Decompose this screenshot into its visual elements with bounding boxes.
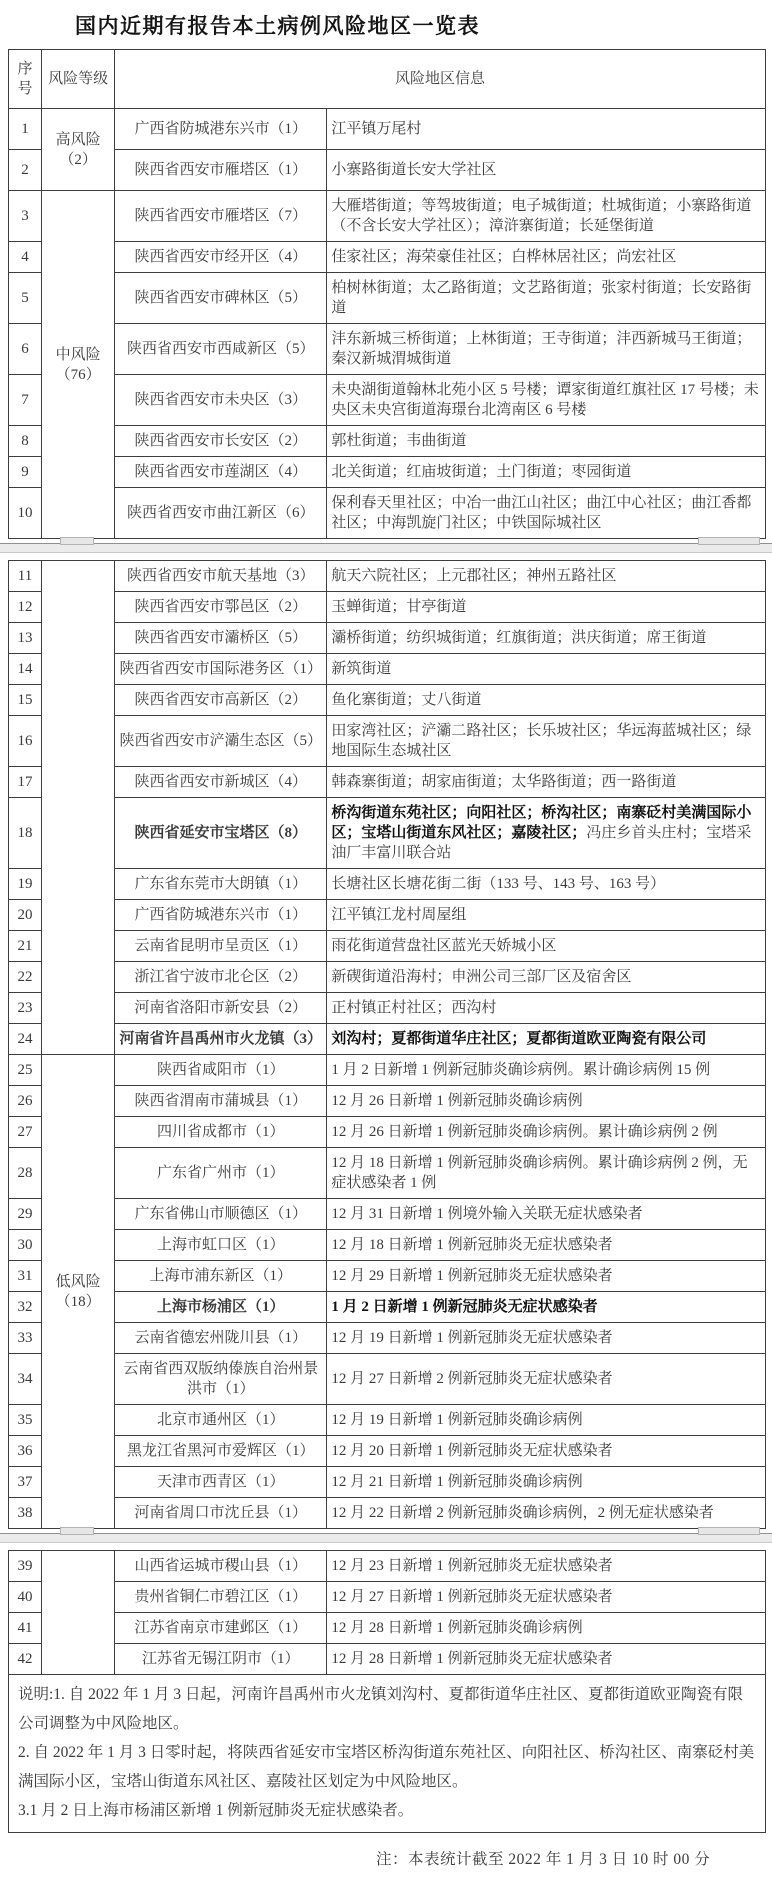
- row-number-cell: 15: [9, 685, 42, 716]
- area-cell: 陕西省西安市雁塔区（1）: [115, 150, 327, 191]
- area-cell: 山西省运城市稷山县（1）: [115, 1551, 327, 1582]
- area-cell: 陕西省渭南市蒲城县（1）: [115, 1086, 327, 1117]
- info-cell: 柏树林街道；太乙路街道；文艺路街道；张家村街道；长安路街道: [327, 273, 766, 324]
- table-row: 21云南省昆明市呈贡区（1）雨花街道营盘社区蓝光天娇城小区: [9, 931, 766, 962]
- table-row: 25低风险（18）陕西省咸阳市（1）1 月 2 日新增 1 例新冠肺炎确诊病例。…: [9, 1055, 766, 1086]
- area-cell: 广西省防城港东兴市（1）: [115, 900, 327, 931]
- area-cell: 陕西省西安市国际港务区（1）: [115, 654, 327, 685]
- info-cell: 鱼化寨街道；丈八街道: [327, 685, 766, 716]
- row-number-cell: 17: [9, 767, 42, 798]
- info-cell: 1 月 2 日新增 1 例新冠肺炎确诊病例。累计确诊病例 15 例: [327, 1055, 766, 1086]
- table-row: 16陕西省西安市浐灞生态区（5）田家湾社区；浐灞二路社区；长乐坡社区；华远海蓝城…: [9, 716, 766, 767]
- table-row: 10陕西省西安市曲江新区（6）保利春天里社区；中冶一曲江山社区；曲江中心社区；曲…: [9, 488, 766, 539]
- info-cell: 佳家社区；海荣豪佳社区；白桦林居社区；尚宏社区: [327, 242, 766, 273]
- area-cell: 广东省广州市（1）: [115, 1148, 327, 1199]
- row-number-cell: 19: [9, 869, 42, 900]
- table-row: 17陕西省西安市新城区（4）韩森寨街道；胡家庙街道；太华路街道；西一路街道: [9, 767, 766, 798]
- info-cell: 航天六院社区；上元郡社区；神州五路社区: [327, 561, 766, 592]
- table-row: 14陕西省西安市国际港务区（1）新筑街道: [9, 654, 766, 685]
- info-cell: 新筑街道: [327, 654, 766, 685]
- info-cell: 12 月 27 日新增 1 例新冠肺炎无症状感染者: [327, 1582, 766, 1613]
- table-row: 3中风险（76）陕西省西安市雁塔区（7）大雁塔街道；等驾坡街道；电子城街道；杜城…: [9, 191, 766, 242]
- table-row: 8陕西省西安市长安区（2）郭杜街道；韦曲街道: [9, 426, 766, 457]
- risk-level-count: （76）: [46, 365, 110, 385]
- info-bold-text: 1 月 2 日新增 1 例新冠肺炎无症状感染者: [331, 1299, 597, 1315]
- table-row: 23河南省洛阳市新安县（2）正村镇正村社区；西沟村: [9, 993, 766, 1024]
- row-number-cell: 3: [9, 191, 42, 242]
- area-cell: 陕西省西安市未央区（3）: [115, 375, 327, 426]
- info-cell: 雨花街道营盘社区蓝光天娇城小区: [327, 931, 766, 962]
- area-cell: 陕西省西安市碑林区（5）: [115, 273, 327, 324]
- info-cell: 江平镇万尾村: [327, 109, 766, 150]
- row-number-cell: 14: [9, 654, 42, 685]
- row-number-cell: 18: [9, 798, 42, 869]
- risk-table-segment: 11陕西省西安市航天基地（3）航天六院社区；上元郡社区；神州五路社区12陕西省西…: [8, 560, 766, 1529]
- area-cell: 陕西省延安市宝塔区（8）: [115, 798, 327, 869]
- row-number-cell: 37: [9, 1467, 42, 1498]
- page-title: 国内近期有报告本土病例风险地区一览表: [8, 6, 766, 49]
- table-row: 40贵州省铜仁市碧江区（1）12 月 27 日新增 1 例新冠肺炎无症状感染者: [9, 1582, 766, 1613]
- area-cell: 陕西省西安市西咸新区（5）: [115, 324, 327, 375]
- info-cell: 12 月 26 日新增 1 例新冠肺炎确诊病例: [327, 1086, 766, 1117]
- info-cell: 桥沟街道东苑社区；向阳社区；桥沟社区；南寨砭村美满国际小区；宝塔山街道东风社区；…: [327, 798, 766, 869]
- risk-level-count: （2）: [46, 150, 110, 170]
- table-row: 12陕西省西安市鄠邑区（2）玉蝉街道；甘亭街道: [9, 592, 766, 623]
- row-number-cell: 34: [9, 1354, 42, 1405]
- table-row: 41江苏省南京市建邺区（1）12 月 28 日新增 1 例新冠肺炎确诊病例: [9, 1613, 766, 1644]
- row-number-cell: 21: [9, 931, 42, 962]
- row-number-cell: 33: [9, 1323, 42, 1354]
- note-line-3: 3.1 月 2 日上海市杨浦区新增 1 例新冠肺炎无症状感染者。: [18, 1796, 756, 1825]
- area-cell: 陕西省西安市高新区（2）: [115, 685, 327, 716]
- area-cell: 上海市杨浦区（1）: [115, 1292, 327, 1323]
- row-number-cell: 42: [9, 1644, 42, 1675]
- row-number-cell: 2: [9, 150, 42, 191]
- note-line-1: 说明:1. 自 2022 年 1 月 3 日起，河南许昌禹州市火龙镇刘沟村、夏都…: [18, 1680, 756, 1738]
- area-cell: 广东省东莞市大朗镇（1）: [115, 869, 327, 900]
- info-cell: 12 月 22 日新增 2 例新冠肺炎确诊病例，2 例无症状感染者: [327, 1498, 766, 1529]
- area-cell: 江苏省无锡江阴市（1）: [115, 1644, 327, 1675]
- table-row: 15陕西省西安市高新区（2）鱼化寨街道；丈八街道: [9, 685, 766, 716]
- info-cell: 12 月 18 日新增 1 例新冠肺炎无症状感染者: [327, 1230, 766, 1261]
- info-cell: 12 月 23 日新增 1 例新冠肺炎无症状感染者: [327, 1551, 766, 1582]
- info-cell: 郭杜街道；韦曲街道: [327, 426, 766, 457]
- info-cell: 保利春天里社区；中冶一曲江山社区；曲江中心社区；曲江香都社区；中海凯旋门社区；中…: [327, 488, 766, 539]
- area-cell: 广西省防城港东兴市（1）: [115, 109, 327, 150]
- table-row: 18陕西省延安市宝塔区（8）桥沟街道东苑社区；向阳社区；桥沟社区；南寨砭村美满国…: [9, 798, 766, 869]
- screenshot-seam: [0, 1533, 772, 1543]
- table-row: 31上海市浦东新区（1）12 月 29 日新增 1 例新冠肺炎无症状感染者: [9, 1261, 766, 1292]
- info-cell: 灞桥街道；纺织城街道；红旗街道；洪庆街道；席王街道: [327, 623, 766, 654]
- table-row: 26陕西省渭南市蒲城县（1）12 月 26 日新增 1 例新冠肺炎确诊病例: [9, 1086, 766, 1117]
- header-col-level: 风险等级: [42, 50, 115, 109]
- area-cell: 四川省成都市（1）: [115, 1117, 327, 1148]
- info-cell: 12 月 18 日新增 1 例新冠肺炎确诊病例。累计确诊病例 2 例，无症状感染…: [327, 1148, 766, 1199]
- row-number-cell: 22: [9, 962, 42, 993]
- area-cell: 陕西省西安市浐灞生态区（5）: [115, 716, 327, 767]
- table-row: 39山西省运城市稷山县（1）12 月 23 日新增 1 例新冠肺炎无症状感染者: [9, 1551, 766, 1582]
- row-number-cell: 16: [9, 716, 42, 767]
- row-number-cell: 11: [9, 561, 42, 592]
- table-row: 22浙江省宁波市北仑区（2）新碶街道沿海村；申洲公司三部厂区及宿舍区: [9, 962, 766, 993]
- area-cell: 陕西省西安市莲湖区（4）: [115, 457, 327, 488]
- info-cell: 新碶街道沿海村；申洲公司三部厂区及宿舍区: [327, 962, 766, 993]
- area-cell: 北京市通州区（1）: [115, 1405, 327, 1436]
- screenshot-seam: [0, 543, 772, 553]
- risk-level-label: 高风险: [46, 130, 110, 150]
- row-number-cell: 7: [9, 375, 42, 426]
- area-cell: 上海市虹口区（1）: [115, 1230, 327, 1261]
- risk-table-segment: 39山西省运城市稷山县（1）12 月 23 日新增 1 例新冠肺炎无症状感染者4…: [8, 1550, 766, 1675]
- table-row: 9陕西省西安市莲湖区（4）北关街道；红庙坡街道；土门街道；枣园街道: [9, 457, 766, 488]
- info-cell: 12 月 26 日新增 1 例新冠肺炎确诊病例。累计确诊病例 2 例: [327, 1117, 766, 1148]
- risk-level-cell: [42, 561, 115, 1055]
- area-cell: 云南省西双版纳傣族自治州景洪市（1）: [115, 1354, 327, 1405]
- table-row: 27四川省成都市（1）12 月 26 日新增 1 例新冠肺炎确诊病例。累计确诊病…: [9, 1117, 766, 1148]
- risk-level-label: 中风险: [46, 345, 110, 365]
- table-row: 4陕西省西安市经开区（4）佳家社区；海荣豪佳社区；白桦林居社区；尚宏社区: [9, 242, 766, 273]
- table-row: 7陕西省西安市未央区（3）未央湖街道翰林北苑小区 5 号楼；谭家街道红旗社区 1…: [9, 375, 766, 426]
- info-cell: 北关街道；红庙坡街道；土门街道；枣园街道: [327, 457, 766, 488]
- row-number-cell: 28: [9, 1148, 42, 1199]
- area-cell: 陕西省西安市经开区（4）: [115, 242, 327, 273]
- row-number-cell: 8: [9, 426, 42, 457]
- row-number-cell: 25: [9, 1055, 42, 1086]
- info-cell: 12 月 19 日新增 1 例新冠肺炎无症状感染者: [327, 1323, 766, 1354]
- row-number-cell: 40: [9, 1582, 42, 1613]
- row-number-cell: 20: [9, 900, 42, 931]
- info-cell: 12 月 20 日新增 1 例新冠肺炎无症状感染者: [327, 1436, 766, 1467]
- table-row: 2陕西省西安市雁塔区（1）小寨路街道长安大学社区: [9, 150, 766, 191]
- row-number-cell: 31: [9, 1261, 42, 1292]
- risk-table-segment: 序号风险等级风险地区信息1高风险（2）广西省防城港东兴市（1）江平镇万尾村2陕西…: [8, 49, 766, 539]
- row-number-cell: 10: [9, 488, 42, 539]
- info-cell: 玉蝉街道；甘亭街道: [327, 592, 766, 623]
- row-number-cell: 36: [9, 1436, 42, 1467]
- table-row: 19广东省东莞市大朗镇（1）长塘社区长塘花街二街（133 号、143 号、163…: [9, 869, 766, 900]
- table-row: 30上海市虹口区（1）12 月 18 日新增 1 例新冠肺炎无症状感染者: [9, 1230, 766, 1261]
- area-cell: 江苏省南京市建邺区（1）: [115, 1613, 327, 1644]
- header-row: 序号风险等级风险地区信息: [9, 50, 766, 109]
- area-cell: 陕西省咸阳市（1）: [115, 1055, 327, 1086]
- row-number-cell: 29: [9, 1199, 42, 1230]
- area-cell: 河南省周口市沈丘县（1）: [115, 1498, 327, 1529]
- info-cell: 长塘社区长塘花街二街（133 号、143 号、163 号）: [327, 869, 766, 900]
- info-cell: 12 月 27 日新增 2 例新冠肺炎无症状感染者: [327, 1354, 766, 1405]
- header-col-info: 风险地区信息: [115, 50, 766, 109]
- row-number-cell: 30: [9, 1230, 42, 1261]
- table-row: 36黑龙江省黑河市爱辉区（1）12 月 20 日新增 1 例新冠肺炎无症状感染者: [9, 1436, 766, 1467]
- header-col-no: 序号: [9, 50, 42, 109]
- table-row: 24河南省许昌禹州市火龙镇（3）刘沟村；夏都街道华庄社区；夏都街道欧亚陶瓷有限公…: [9, 1024, 766, 1055]
- info-cell: 正村镇正村社区；西沟村: [327, 993, 766, 1024]
- row-number-cell: 9: [9, 457, 42, 488]
- row-number-cell: 6: [9, 324, 42, 375]
- table-row: 20广西省防城港东兴市（1）江平镇江龙村周屋组: [9, 900, 766, 931]
- area-cell: 河南省洛阳市新安县（2）: [115, 993, 327, 1024]
- row-number-cell: 13: [9, 623, 42, 654]
- row-number-cell: 24: [9, 1024, 42, 1055]
- area-cell: 上海市浦东新区（1）: [115, 1261, 327, 1292]
- table-row: 5陕西省西安市碑林区（5）柏树林街道；太乙路街道；文艺路街道；张家村街道；长安路…: [9, 273, 766, 324]
- note-line-2: 2. 自 2022 年 1 月 3 日零时起，将陕西省延安市宝塔区桥沟街道东苑社…: [18, 1738, 756, 1796]
- risk-table: 序号风险等级风险地区信息1高风险（2）广西省防城港东兴市（1）江平镇万尾村2陕西…: [8, 49, 766, 1675]
- risk-level-count: （18）: [46, 1292, 110, 1312]
- info-cell: 大雁塔街道；等驾坡街道；电子城街道；杜城街道；小寨路街道（不含长安大学社区）；漳…: [327, 191, 766, 242]
- stat-cutoff-note: 注：本表统计截至 2022 年 1 月 3 日 10 时 00 分: [8, 1833, 766, 1899]
- table-row: 11陕西省西安市航天基地（3）航天六院社区；上元郡社区；神州五路社区: [9, 561, 766, 592]
- area-cell: 陕西省西安市鄠邑区（2）: [115, 592, 327, 623]
- table-row: 28广东省广州市（1）12 月 18 日新增 1 例新冠肺炎确诊病例。累计确诊病…: [9, 1148, 766, 1199]
- row-number-cell: 12: [9, 592, 42, 623]
- table-row: 6陕西省西安市西咸新区（5）沣东新城三桥街道；上林街道；王寺街道；沣西新城马王街…: [9, 324, 766, 375]
- row-number-cell: 26: [9, 1086, 42, 1117]
- info-cell: 小寨路街道长安大学社区: [327, 150, 766, 191]
- table-row: 35北京市通州区（1）12 月 19 日新增 1 例新冠肺炎确诊病例: [9, 1405, 766, 1436]
- notes-box: 说明:1. 自 2022 年 1 月 3 日起，河南许昌禹州市火龙镇刘沟村、夏都…: [8, 1674, 766, 1833]
- area-cell: 陕西省西安市灞桥区（5）: [115, 623, 327, 654]
- info-cell: 1 月 2 日新增 1 例新冠肺炎无症状感染者: [327, 1292, 766, 1323]
- table-row: 13陕西省西安市灞桥区（5）灞桥街道；纺织城街道；红旗街道；洪庆街道；席王街道: [9, 623, 766, 654]
- area-cell: 广东省佛山市顺德区（1）: [115, 1199, 327, 1230]
- table-row: 33云南省德宏州陇川县（1）12 月 19 日新增 1 例新冠肺炎无症状感染者: [9, 1323, 766, 1354]
- area-cell: 浙江省宁波市北仑区（2）: [115, 962, 327, 993]
- risk-level-cell: 低风险（18）: [42, 1055, 115, 1529]
- info-cell: 江平镇江龙村周屋组: [327, 900, 766, 931]
- page: 国内近期有报告本土病例风险地区一览表 序号风险等级风险地区信息1高风险（2）广西…: [0, 0, 772, 1899]
- area-cell: 陕西省西安市雁塔区（7）: [115, 191, 327, 242]
- table-row: 34云南省西双版纳傣族自治州景洪市（1）12 月 27 日新增 2 例新冠肺炎无…: [9, 1354, 766, 1405]
- info-cell: 田家湾社区；浐灞二路社区；长乐坡社区；华远海蓝城社区；绿地国际生态城社区: [327, 716, 766, 767]
- info-cell: 12 月 21 日新增 1 例新冠肺炎确诊病例: [327, 1467, 766, 1498]
- risk-level-cell: 中风险（76）: [42, 191, 115, 539]
- area-cell: 贵州省铜仁市碧江区（1）: [115, 1582, 327, 1613]
- risk-level-cell: 高风险（2）: [42, 109, 115, 191]
- info-cell: 沣东新城三桥街道；上林街道；王寺街道；沣西新城马王街道；秦汉新城渭城街道: [327, 324, 766, 375]
- table-row: 42江苏省无锡江阴市（1）12 月 28 日新增 1 例新冠肺炎无症状感染者: [9, 1644, 766, 1675]
- info-cell: 12 月 28 日新增 1 例新冠肺炎确诊病例: [327, 1613, 766, 1644]
- row-number-cell: 35: [9, 1405, 42, 1436]
- row-number-cell: 39: [9, 1551, 42, 1582]
- area-cell: 河南省许昌禹州市火龙镇（3）: [115, 1024, 327, 1055]
- row-number-cell: 27: [9, 1117, 42, 1148]
- risk-level-label: 低风险: [46, 1272, 110, 1292]
- info-cell: 刘沟村；夏都街道华庄社区；夏都街道欧亚陶瓷有限公司: [327, 1024, 766, 1055]
- row-number-cell: 5: [9, 273, 42, 324]
- row-number-cell: 23: [9, 993, 42, 1024]
- area-cell: 黑龙江省黑河市爱辉区（1）: [115, 1436, 327, 1467]
- risk-level-cell: [42, 1551, 115, 1675]
- row-number-cell: 4: [9, 242, 42, 273]
- info-cell: 12 月 29 日新增 1 例新冠肺炎无症状感染者: [327, 1261, 766, 1292]
- area-cell: 陕西省西安市新城区（4）: [115, 767, 327, 798]
- area-cell: 陕西省西安市长安区（2）: [115, 426, 327, 457]
- info-cell: 未央湖街道翰林北苑小区 5 号楼；谭家街道红旗社区 17 号楼；未央区未央宫街道…: [327, 375, 766, 426]
- area-cell: 云南省德宏州陇川县（1）: [115, 1323, 327, 1354]
- info-bold-text: 刘沟村；夏都街道华庄社区；夏都街道欧亚陶瓷有限公司: [331, 1031, 706, 1047]
- area-cell: 陕西省西安市曲江新区（6）: [115, 488, 327, 539]
- info-cell: 12 月 31 日新增 1 例境外输入关联无症状感染者: [327, 1199, 766, 1230]
- row-number-cell: 38: [9, 1498, 42, 1529]
- table-row: 38河南省周口市沈丘县（1）12 月 22 日新增 2 例新冠肺炎确诊病例，2 …: [9, 1498, 766, 1529]
- area-cell: 云南省昆明市呈贡区（1）: [115, 931, 327, 962]
- table-row: 29广东省佛山市顺德区（1）12 月 31 日新增 1 例境外输入关联无症状感染…: [9, 1199, 766, 1230]
- row-number-cell: 1: [9, 109, 42, 150]
- row-number-cell: 32: [9, 1292, 42, 1323]
- area-cell: 陕西省西安市航天基地（3）: [115, 561, 327, 592]
- info-cell: 12 月 28 日新增 1 例新冠肺炎无症状感染者: [327, 1644, 766, 1675]
- table-row: 32上海市杨浦区（1）1 月 2 日新增 1 例新冠肺炎无症状感染者: [9, 1292, 766, 1323]
- area-cell: 天津市西青区（1）: [115, 1467, 327, 1498]
- table-row: 1高风险（2）广西省防城港东兴市（1）江平镇万尾村: [9, 109, 766, 150]
- info-cell: 12 月 19 日新增 1 例新冠肺炎确诊病例: [327, 1405, 766, 1436]
- info-cell: 韩森寨街道；胡家庙街道；太华路街道；西一路街道: [327, 767, 766, 798]
- row-number-cell: 41: [9, 1613, 42, 1644]
- table-row: 37天津市西青区（1）12 月 21 日新增 1 例新冠肺炎确诊病例: [9, 1467, 766, 1498]
